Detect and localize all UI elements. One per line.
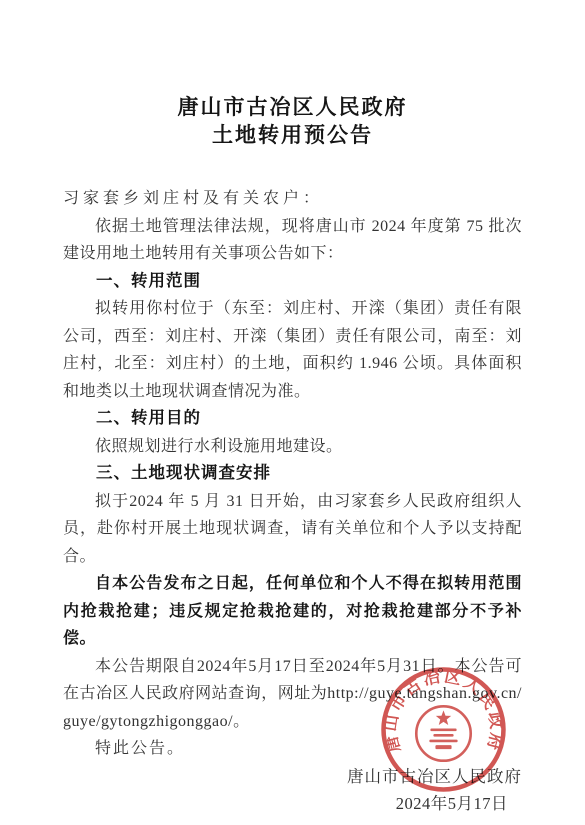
section3-body: 拟于2024 年 5 月 31 日开始，由习家套乡人民政府组织人员，赴你村开展土…: [63, 488, 522, 571]
document-content: 唐山市古冶区人民政府 土地转用预公告 习家套乡刘庄村及有关农户： 依据土地管理法…: [63, 0, 522, 818]
section2-body: 依照规划进行水利设施用地建设。: [63, 433, 522, 461]
title-block: 唐山市古冶区人民政府 土地转用预公告: [63, 0, 522, 149]
salutation: 习家套乡刘庄村及有关农户：: [63, 185, 522, 213]
document-page: 唐山市古冶区人民政府 土地转用预公告 习家套乡刘庄村及有关农户： 依据土地管理法…: [0, 0, 585, 825]
signature-authority: 唐山市古冶区人民政府: [63, 763, 522, 791]
emphasis-paragraph: 自本公告发布之日起，任何单位和个人不得在拟转用范围内抢栽抢建；违反规定抢栽抢建的…: [63, 570, 522, 653]
closing-line: 特此公告。: [63, 735, 522, 763]
signature-date: 2024年5月17日: [63, 790, 522, 818]
doc-title-line2: 土地转用预公告: [63, 121, 522, 149]
validity-paragraph: 本公告期限自2024年5月17日至2024年5月31日。本公告可在古冶区人民政府…: [63, 653, 522, 736]
intro-paragraph: 依据土地管理法律法规，现将唐山市 2024 年度第 75 批次建设用地土地转用有…: [63, 213, 522, 268]
section1-body: 拟转用你村位于（东至：刘庄村、开滦（集团）责任有限公司，西至：刘庄村、开滦（集团…: [63, 295, 522, 405]
doc-title-line1: 唐山市古冶区人民政府: [63, 93, 522, 121]
signature-block: 唐山市古冶区人民政府 2024年5月17日: [63, 763, 522, 818]
section1-heading: 一、转用范围: [63, 268, 522, 296]
section3-heading: 三、土地现状调查安排: [63, 460, 522, 488]
section2-heading: 二、转用目的: [63, 405, 522, 433]
